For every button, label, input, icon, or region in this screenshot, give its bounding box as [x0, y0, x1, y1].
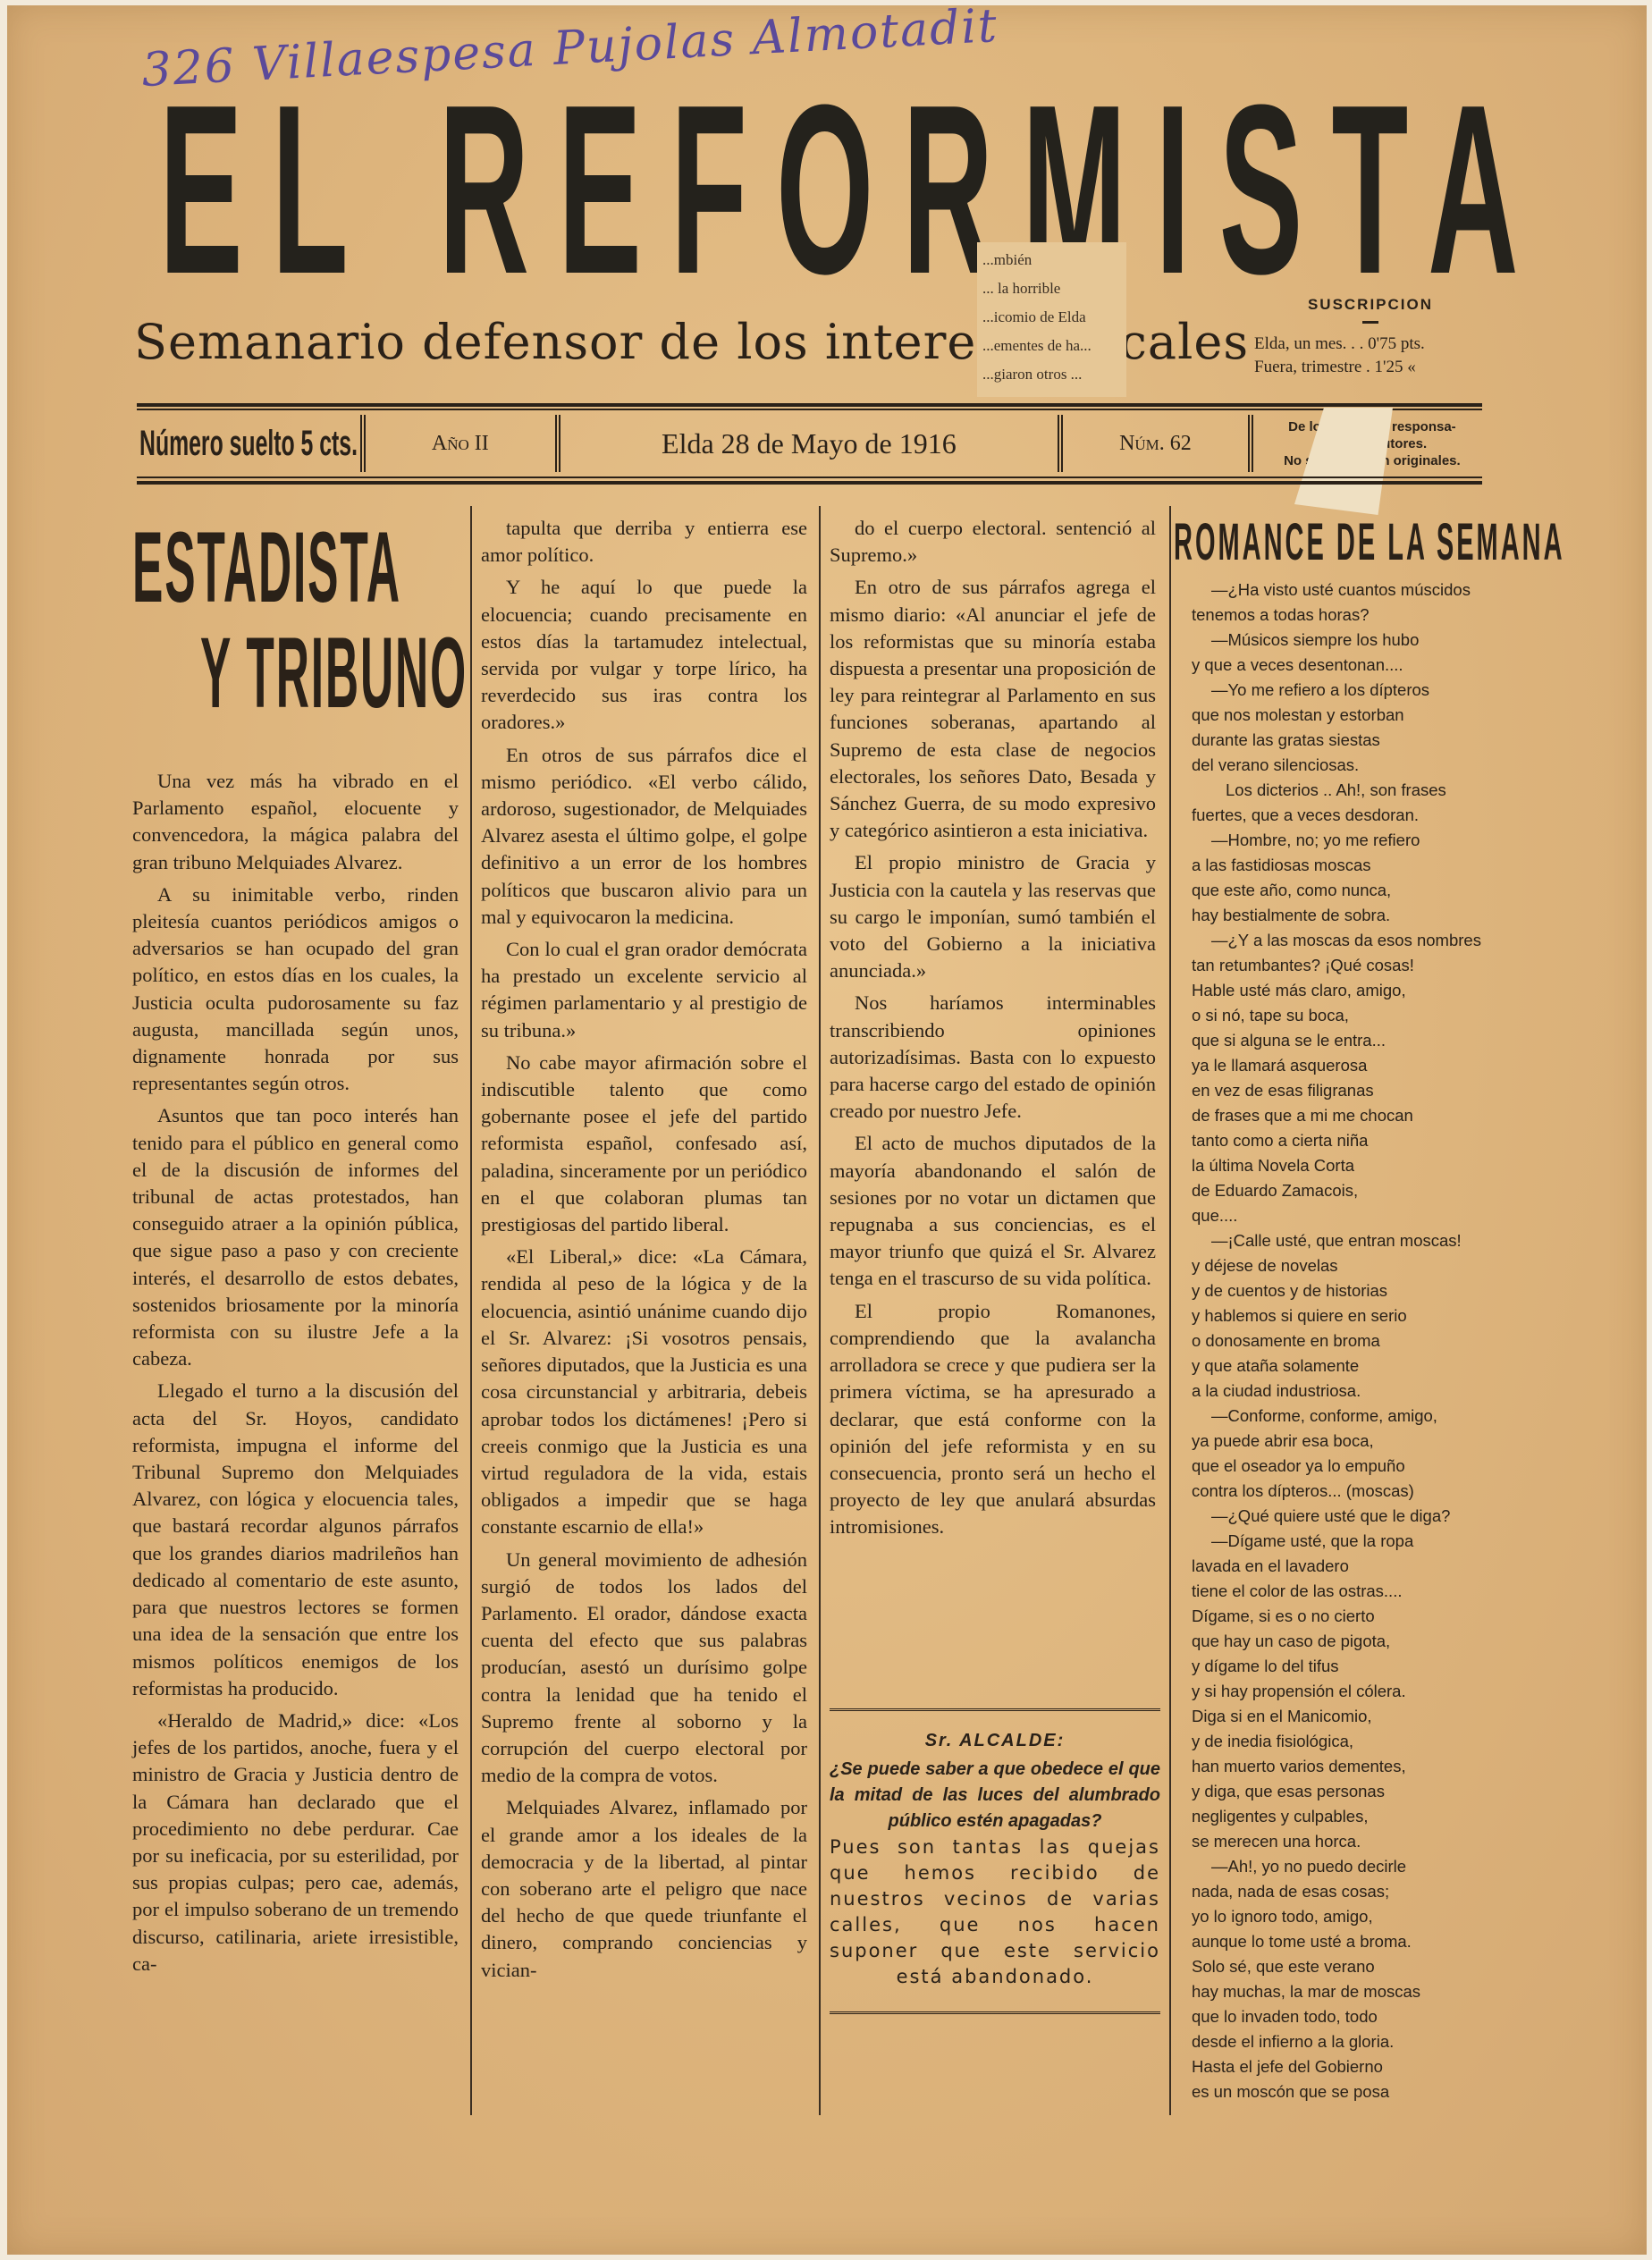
article-paragraph: «Heraldo de Madrid,» dice: «Los jefes de… [132, 1708, 459, 1977]
price-label: Número suelto 5 cts. [180, 415, 318, 472]
torn-line: ...icomio de Elda [982, 303, 1121, 332]
poem-verse: en vez de esas filigranas [1192, 1078, 1513, 1103]
poem-verse: ya puede abrir esa boca, [1192, 1429, 1513, 1454]
torn-paper-snippet: ...mbién ... la horrible ...icomio de El… [977, 242, 1126, 397]
article-paragraph: Un general movimiento de adhesión surgió… [481, 1547, 807, 1790]
article-paragraph: Asuntos que tan poco interés han tenido … [132, 1102, 459, 1372]
poem-verse: del verano silenciosas. [1192, 753, 1513, 778]
article-paragraph: El propio Romanones, comprendiendo que l… [830, 1298, 1156, 1541]
subscription-heading: SUSCRIPCION [1254, 296, 1487, 314]
subscription-line: Elda, un mes. . . 0'75 pts. [1254, 333, 1487, 356]
article-column-3: do el cuerpo electoral. sentenció al Sup… [830, 515, 1156, 1541]
poem-verse: durante las gratas siestas [1192, 728, 1513, 753]
column-3-body: do el cuerpo electoral. sentenció al Sup… [830, 515, 1156, 1541]
poem-verse: —Hombre, no; yo me refiero [1192, 828, 1513, 853]
top-rule-thin [137, 409, 1482, 410]
article-paragraph: «El Liberal,» dice: «La Cámara, rendida … [481, 1244, 807, 1540]
notice-box-alcalde: Sr. ALCALDE: ¿Se puede saber a que obede… [830, 1708, 1160, 2014]
article-headline: ESTADISTA Y TRIBUNO [132, 515, 459, 752]
article-paragraph: En otros de sus párrafos dice el mismo p… [481, 742, 807, 931]
article-paragraph: Una vez más ha vibrado en el Parlamento … [132, 768, 459, 876]
poem-verse: Hasta el jefe del Gobierno [1192, 2054, 1513, 2079]
poem-verse: que hay un caso de pigota, [1192, 1629, 1513, 1654]
poem-verse: —Conforme, conforme, amigo, [1192, 1404, 1513, 1429]
poem-verse: ya le llamará asquerosa [1192, 1053, 1513, 1078]
poem-verse: contra los dípteros... (moscas) [1192, 1479, 1513, 1504]
column-1-body: Una vez más ha vibrado en el Parlamento … [132, 768, 459, 1977]
article-paragraph: Nos haríamos interminables transcribiend… [830, 990, 1156, 1125]
poem-verse: nada, nada de esas cosas; [1192, 1879, 1513, 1904]
poem-verse: y diga, que esas personas [1192, 1779, 1513, 1804]
poem-verse: tiene el color de las ostras.... [1192, 1579, 1513, 1604]
poem-verse: y que ataña solamente [1192, 1353, 1513, 1379]
poem-verse: y de inedia fisiológica, [1192, 1729, 1513, 1754]
poem-verse: y déjese de novelas [1192, 1253, 1513, 1278]
poem-column: ROMANCE DE LA SEMANA —¿Ha visto usté cua… [1192, 515, 1513, 2104]
notice-box-answer: Pues son tantas las quejas que hemos rec… [830, 1834, 1160, 1990]
article-paragraph: En otro de sus párrafos agrega el mismo … [830, 574, 1156, 844]
issue-date: Elda 28 de Mayo de 1916 [560, 415, 1058, 472]
poem-verse: o donosamente en broma [1192, 1328, 1513, 1353]
torn-line: ...ementes de ha... [982, 332, 1121, 360]
poem-verse: Hable usté más claro, amigo, [1192, 978, 1513, 1003]
subscription-line: Fuera, trimestre . 1'25 « [1254, 356, 1487, 379]
poem-verse: Dígame, si es o no cierto [1192, 1604, 1513, 1629]
poem-verse: lavada en el lavadero [1192, 1554, 1513, 1579]
poem-verse: han muerto varios dementes, [1192, 1754, 1513, 1779]
column-2-body: tapulta que derriba y entierra ese amor … [481, 515, 807, 1984]
poem-verse: que si alguna se le entra... [1192, 1028, 1513, 1053]
article-paragraph: No cabe mayor afirmación sobre el indisc… [481, 1050, 807, 1238]
poem-verse: —Músicos siempre los hubo [1192, 628, 1513, 653]
article-paragraph: El propio ministro de Gracia y Justicia … [830, 849, 1156, 984]
poem-verse: y dígame lo del tifus [1192, 1654, 1513, 1679]
poem-verse: —¿Qué quiere usté que le diga? [1192, 1504, 1513, 1529]
poem-verse: es un moscón que se posa [1192, 2079, 1513, 2104]
poem-verse: aunque lo tome usté a broma. [1192, 1929, 1513, 1954]
poem-verse: negligentes y culpables, [1192, 1804, 1513, 1829]
poem-verse: Diga si en el Manicomio, [1192, 1704, 1513, 1729]
bottom-rule-thin [137, 476, 1482, 478]
poem-verses: —¿Ha visto usté cuantos múscidostenemos … [1192, 578, 1513, 2104]
poem-verse: yo lo ignoro todo, amigo, [1192, 1904, 1513, 1929]
poem-verse: a las fastidiosas moscas [1192, 853, 1513, 878]
poem-verse: tan retumbantes? ¡Qué cosas! [1192, 953, 1513, 978]
poem-verse: tanto como a cierta niña [1192, 1128, 1513, 1153]
poem-verse: desde el infierno a la gloria. [1192, 2029, 1513, 2054]
masthead-word-el: EL [159, 55, 375, 325]
year-label: Año II [366, 415, 555, 472]
article-paragraph: El acto de muchos diputados de la mayorí… [830, 1130, 1156, 1292]
info-bar: Número suelto 5 cts. Año II Elda 28 de M… [137, 412, 1482, 475]
poem-verse: que este año, como nunca, [1192, 878, 1513, 903]
poem-verse: fuertes, que a veces desdoran. [1192, 803, 1513, 828]
masthead-title: EL REFORMISTA [159, 88, 1547, 293]
divider [1362, 321, 1378, 324]
poem-verse: hay muchas, la mar de moscas [1192, 1979, 1513, 2004]
poem-verse: hay bestialmente de sobra. [1192, 903, 1513, 928]
torn-line: ...mbién [982, 246, 1121, 274]
poem-verse: —¿Y a las moscas da esos nombres [1192, 928, 1513, 953]
article-column-1: ESTADISTA Y TRIBUNO Una vez más ha vibra… [132, 515, 459, 1977]
poem-verse: que el oseador ya lo empuño [1192, 1454, 1513, 1479]
torn-line: ... la horrible [982, 274, 1121, 303]
poem-verse: que lo invaden todo, todo [1192, 2004, 1513, 2029]
poem-verse: a la ciudad industriosa. [1192, 1379, 1513, 1404]
issue-number: Núm. 62 [1063, 415, 1248, 472]
poem-verse: y si hay propensión el cólera. [1192, 1679, 1513, 1704]
article-paragraph: Melquiades Alvarez, inflamado por el gra… [481, 1794, 807, 1983]
poem-verse: que nos molestan y estorban [1192, 703, 1513, 728]
poem-verse: la última Novela Corta [1192, 1153, 1513, 1178]
poem-verse: —¿Ha visto usté cuantos múscidos [1192, 578, 1513, 603]
poem-verse: de frases que a mi me chocan [1192, 1103, 1513, 1128]
bottom-rule [137, 481, 1482, 485]
poem-verse: —Yo me refiero a los dípteros [1192, 678, 1513, 703]
torn-line: ...giaron otros ... [982, 360, 1121, 389]
top-rule [137, 403, 1482, 407]
poem-verse: —Ah!, yo no puedo decirle [1192, 1854, 1513, 1879]
poem-verse: Los dicterios .. Ah!, son frases [1192, 778, 1513, 803]
poem-verse: y hablemos si quiere en serio [1192, 1303, 1513, 1328]
poem-verse: de Eduardo Zamacois, [1192, 1178, 1513, 1203]
poem-verse: —¡Calle usté, que entran moscas! [1192, 1228, 1513, 1253]
poem-verse: o si nó, tape su boca, [1192, 1003, 1513, 1028]
column-divider [470, 506, 472, 2115]
poem-verse: Solo sé, que este verano [1192, 1954, 1513, 1979]
poem-verse: tenemos a todas horas? [1192, 603, 1513, 628]
poem-verse: y que a veces desentonan.... [1192, 653, 1513, 678]
article-paragraph: A su inimitable verbo, rinden pleitesía … [132, 881, 459, 1098]
newspaper-page: 326 Villaespesa Pujolas Almotadit EL REF… [7, 5, 1647, 2255]
poem-verse: que.... [1192, 1203, 1513, 1228]
article-column-2: tapulta que derriba y entierra ese amor … [481, 515, 807, 1984]
article-paragraph: do el cuerpo electoral. sentenció al Sup… [830, 515, 1156, 569]
notice-box-title: Sr. ALCALDE: [830, 1731, 1160, 1751]
poem-verse: y de cuentos y de historias [1192, 1278, 1513, 1303]
poem-headline: ROMANCE DE LA SEMANA [1174, 515, 1344, 578]
article-paragraph: tapulta que derriba y entierra ese amor … [481, 515, 807, 569]
poem-verse: se merecen una horca. [1192, 1829, 1513, 1854]
headline-line-2: Y TRIBUNO [200, 620, 319, 726]
article-paragraph: Con lo cual el gran orador demócrata ha … [481, 936, 807, 1044]
notice-box-question: ¿Se puede saber a que obedece el que la … [830, 1757, 1160, 1834]
subscription-box: SUSCRIPCION Elda, un mes. . . 0'75 pts. … [1254, 296, 1487, 379]
poem-verse: —Dígame usté, que la ropa [1192, 1529, 1513, 1554]
article-paragraph: Llegado el turno a la discusión del acta… [132, 1378, 459, 1701]
headline-line-1: ESTADISTA [132, 515, 282, 620]
column-divider [1169, 506, 1171, 2115]
article-paragraph: Y he aquí lo que puede la elocuencia; cu… [481, 574, 807, 736]
column-divider [819, 506, 821, 2115]
